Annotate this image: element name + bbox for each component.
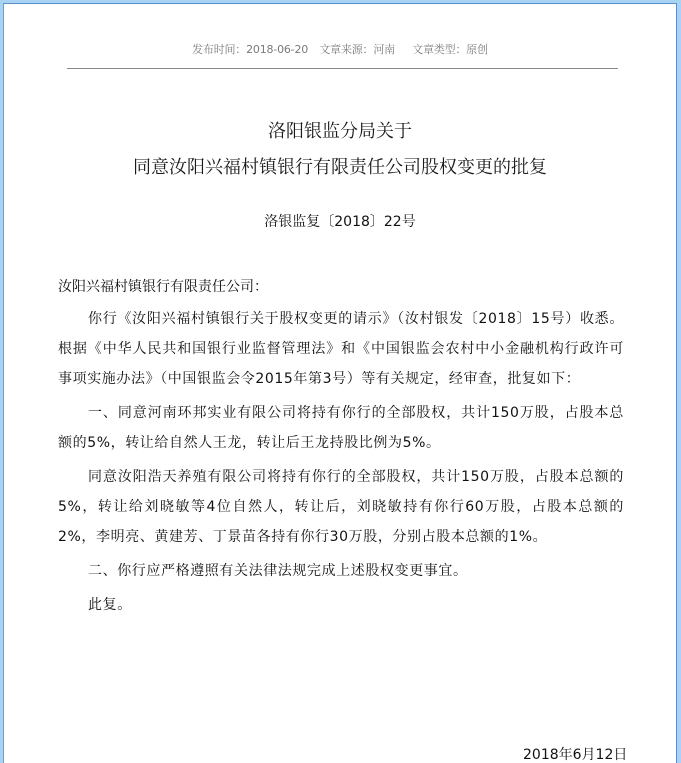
publish-time-label: 发布时间 <box>192 43 235 56</box>
separator: ： <box>363 43 374 56</box>
document-number: 洛银监复〔2018〕22号 <box>4 211 676 231</box>
paragraph-closing: 此复。 <box>58 590 624 620</box>
document-body: 汝阳兴福村镇银行有限责任公司： 你行《汝阳兴福村镇银行关于股权变更的请示》（汝村… <box>58 272 624 624</box>
source-label: 文章来源 <box>319 43 362 56</box>
document-title: 洛阳银监分局关于 同意汝阳兴福村镇银行有限责任公司股权变更的批复 <box>4 114 676 186</box>
source-value: 河南 <box>373 43 395 56</box>
type-label: 文章类型 <box>412 43 455 56</box>
separator: ： <box>455 43 466 56</box>
paragraph-item-2: 二、你行应严格遵照有关法律法规完成上述股权变更事宜。 <box>58 556 624 586</box>
article-page: 发布时间：2018-06-20 文章来源：河南 文章类型：原创 洛阳银监分局关于… <box>3 3 677 763</box>
article-source: 文章来源：河南 <box>319 43 395 56</box>
separator: ： <box>235 43 246 56</box>
article-meta: 发布时间：2018-06-20 文章来源：河南 文章类型：原创 <box>4 41 676 57</box>
meta-divider <box>67 68 618 69</box>
article-type: 文章类型：原创 <box>412 43 488 56</box>
browser-window-frame: 发布时间：2018-06-20 文章来源：河南 文章类型：原创 洛阳银监分局关于… <box>0 0 681 763</box>
document-date: 2018年6月12日 <box>523 744 627 763</box>
type-value: 原创 <box>466 43 488 56</box>
title-line-1: 洛阳银监分局关于 <box>4 114 676 150</box>
publish-time: 发布时间：2018-06-20 <box>192 43 308 56</box>
addressee: 汝阳兴福村镇银行有限责任公司： <box>58 272 624 302</box>
title-line-2: 同意汝阳兴福村镇银行有限责任公司股权变更的批复 <box>4 150 676 186</box>
publish-time-value: 2018-06-20 <box>246 43 308 56</box>
paragraph-item-1: 一、同意河南环邦实业有限公司将持有你行的全部股权，共计150万股，占股本总额的5… <box>58 398 624 458</box>
paragraph-item-1b: 同意汝阳浩天养殖有限公司将持有你行的全部股权，共计150万股，占股本总额的5%，… <box>58 462 624 552</box>
paragraph-request: 你行《汝阳兴福村镇银行关于股权变更的请示》（汝村银发〔2018〕15号）收悉。根… <box>58 304 624 394</box>
